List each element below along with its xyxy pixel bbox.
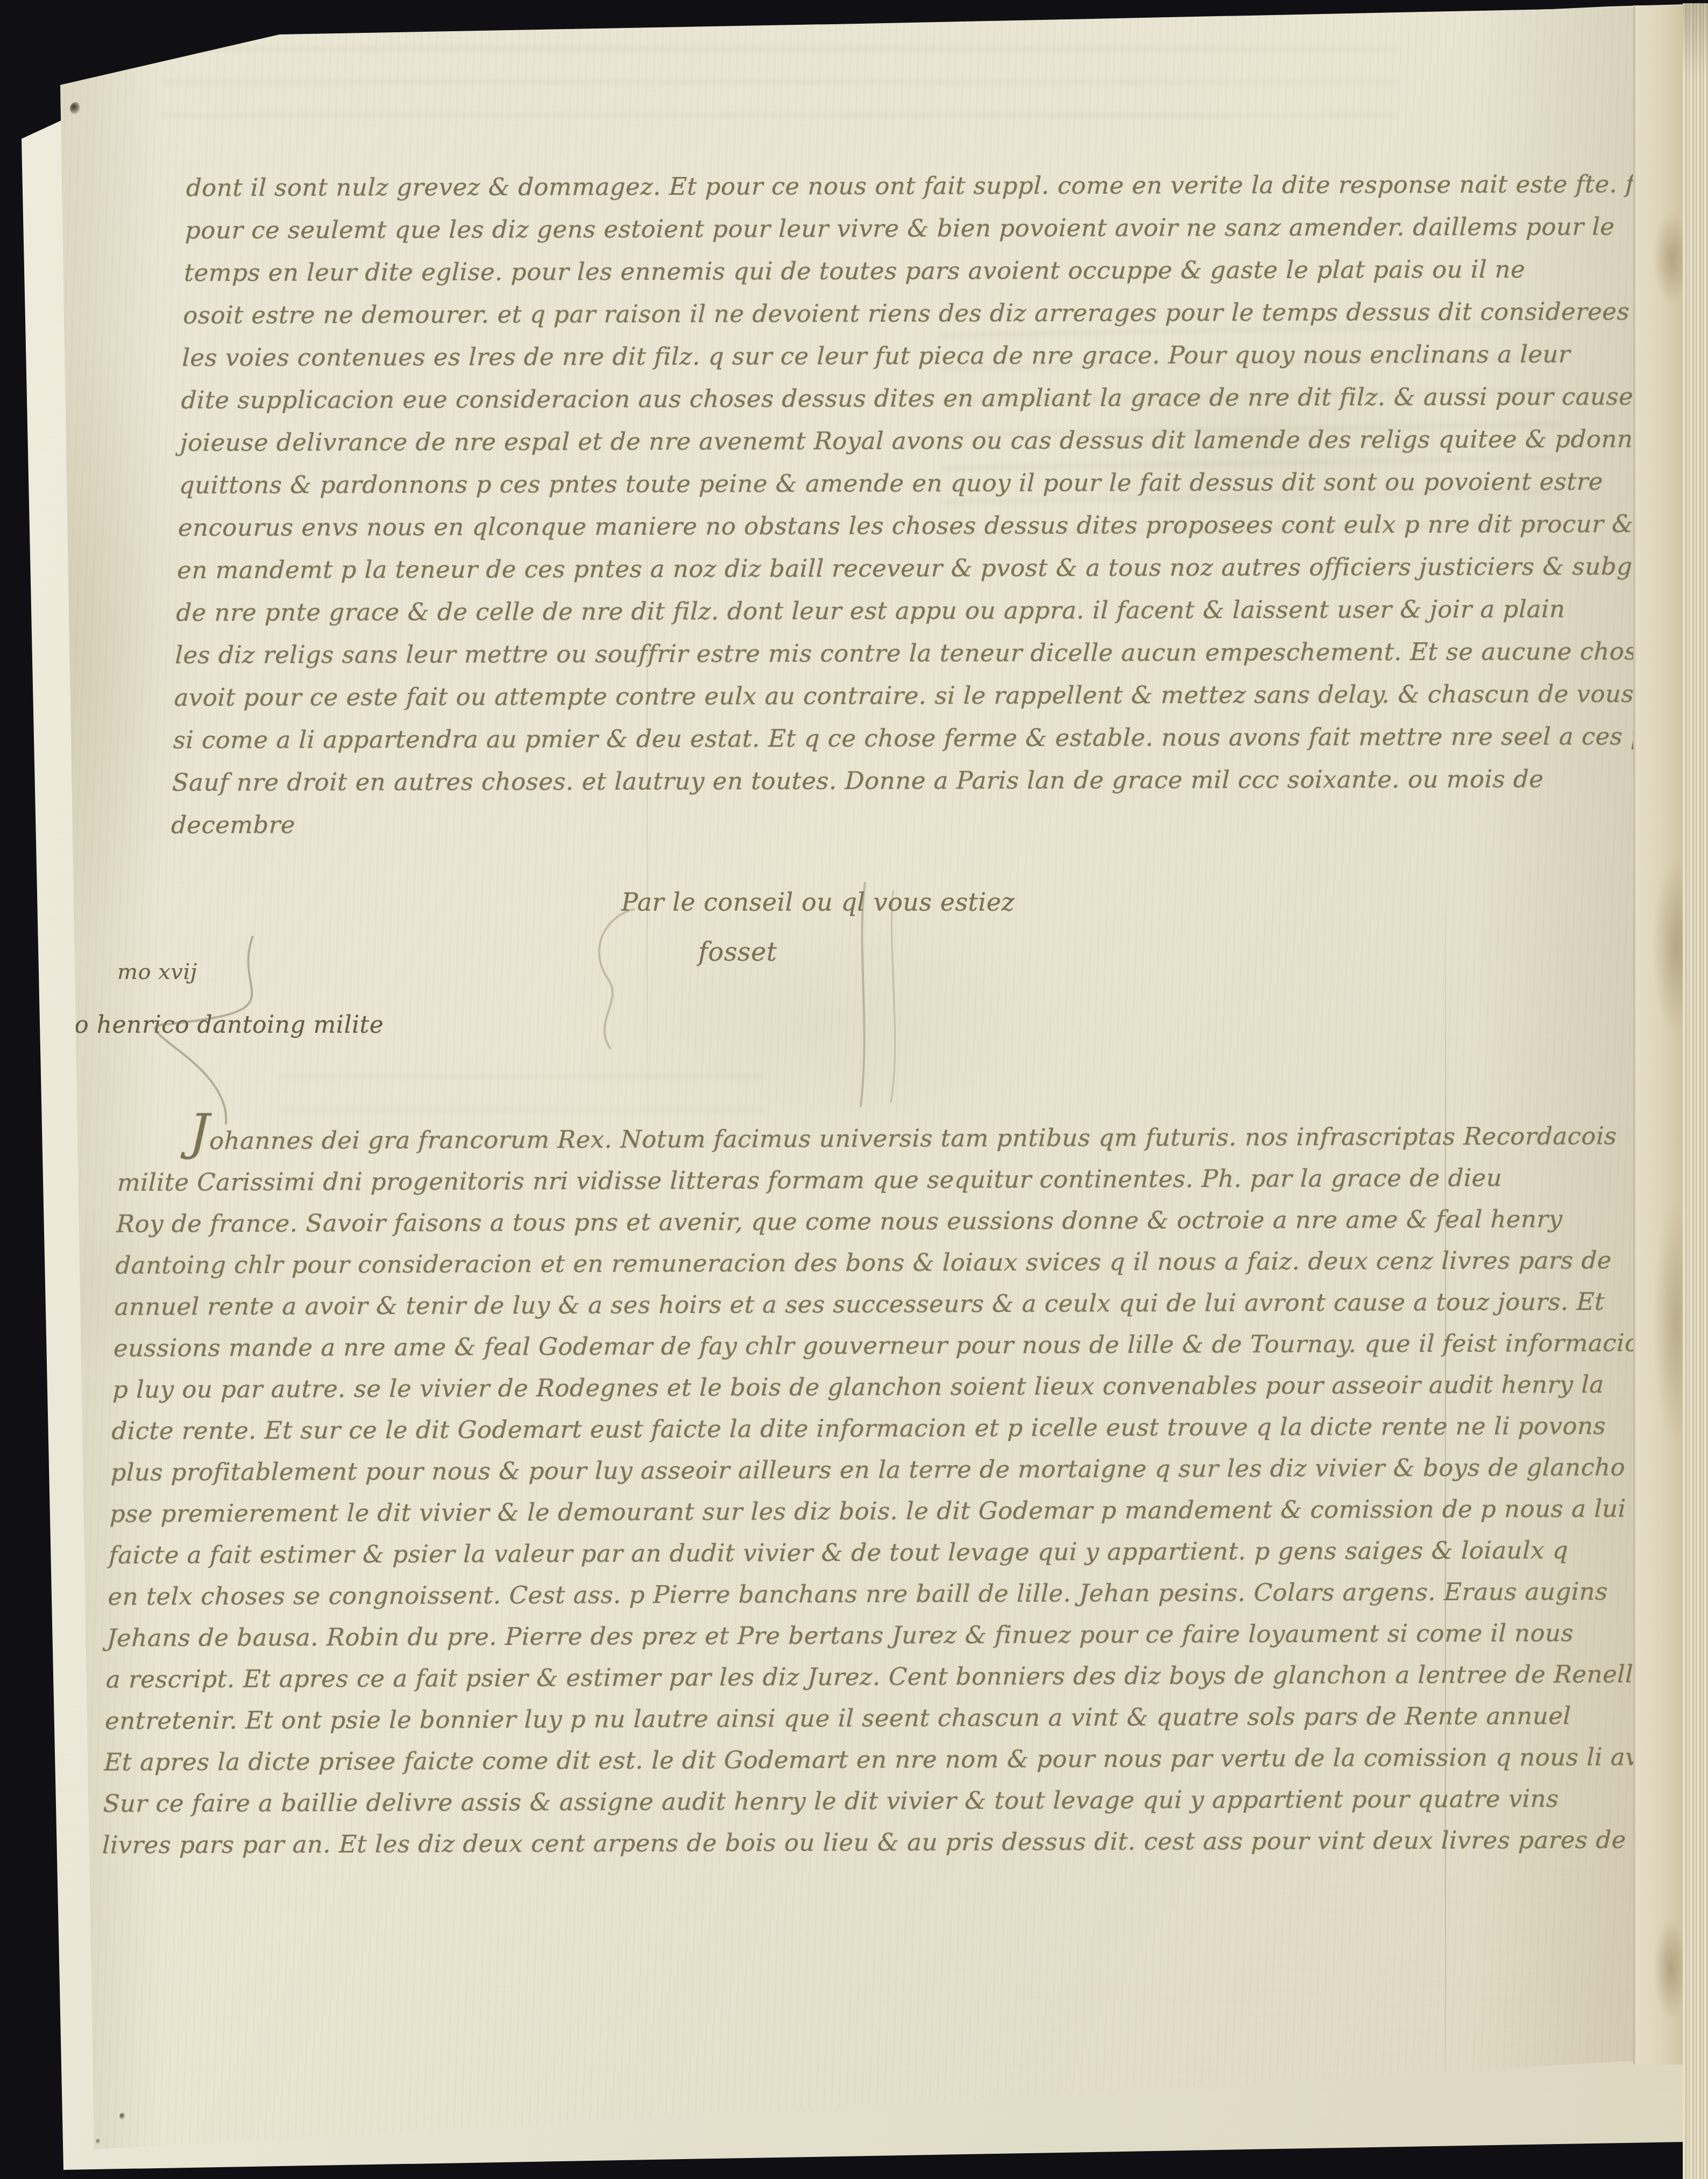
text-line: encourus envs nous en qlconque maniere n… [178,502,1626,549]
ink-speck [96,2139,100,2143]
text-line: milite Carissimi dni progenitoris nri vi… [117,1156,1635,1203]
text-line: entretenir. Et ont psie le bonnier luy p… [104,1695,1622,1742]
margin-note-number: mo xvij [117,960,197,984]
text-line: annuel rente a avoir & tenir de luy & a … [114,1281,1632,1328]
clerk-signature: fosset [698,937,777,967]
text-line: osoit estre ne demourer. et q par raison… [182,290,1631,336]
margin-note-rubric: pro henrico dantoing milite [47,1011,384,1039]
text-line: Roy de france. Savoir faisons a tous pns… [116,1198,1634,1245]
text-line: pour ce seulemt que les diz gens estoien… [185,205,1633,251]
text-line: dont il sont nulz grevez & dommagez. Et … [186,162,1634,209]
text-line: de nre pnte grace & de celle de nre dit … [175,587,1624,634]
text-line: Johannes dei gra francorum Rex. Notum fa… [118,1106,1636,1162]
text-line: joieuse delivrance de nre espal et de nr… [180,417,1628,464]
ink-showthrough [161,22,1399,118]
charter-text-block-2: Johannes dei gra francorum Rex. Notum fa… [102,1106,1636,1866]
text-line: decembre [171,800,1619,847]
text-line: livres pars par an. Et les diz deux cent… [102,1819,1620,1866]
text-line: avoit pour ce este fait ou attempte cont… [174,672,1622,719]
ink-speck [119,2113,125,2119]
chancery-subscription: Par le conseil ou ql vous estiez [621,888,1015,917]
text-line: Sauf nre droit en autres choses. et laut… [172,758,1620,804]
text-line: les diz religs sans leur mettre ou souff… [175,630,1623,676]
text-line: p luy ou par autre. se le vivier de Rode… [112,1364,1630,1410]
charter-text-block-1: dont il sont nulz grevez & dommagez. Et … [171,162,1634,846]
parchment-page: dont il sont nulz grevez & dommagez. Et … [0,0,1708,2179]
text-line: plus profitablement pour nous & pour luy… [110,1446,1628,1493]
text-line: les voies contenues es lres de nre dit f… [182,332,1630,379]
stained-fore-edge [1633,5,1685,2064]
manuscript-photo: dont il sont nulz grevez & dommagez. Et … [0,0,1708,2179]
text-line: eussions mande a nre ame & feal Godemar … [113,1322,1631,1369]
text-line: quittons & pardonnons p ces pntes toute … [179,460,1627,506]
text-line: faicte a fait estimer & psier la valeur … [108,1529,1626,1576]
text-line: en mandemt p la teneur de ces pntes a no… [176,545,1625,591]
text-line: dantoing chlr pour consideracion et en r… [115,1239,1633,1286]
text-line: Et apres la dicte prisee faicte come dit… [104,1736,1622,1783]
text-line: a rescript. Et apres ce a fait psier & e… [105,1653,1624,1700]
text-line: en telx choses se congnoissent. Cest ass… [108,1571,1626,1617]
book-page-stack-edge [1683,3,1708,2179]
text-line: Sur ce faire a baillie delivre assis & a… [103,1778,1621,1825]
text-line: si come a li appartendra au pmier & deu … [173,715,1621,762]
text-line: dicte rente. Et sur ce le dit Godemart e… [111,1405,1629,1452]
text-line: temps en leur dite eglise. pour les enne… [183,247,1632,294]
text-line: dite supplicacion eue consideracion aus … [181,375,1629,421]
text-line: Jehans de bausa. Robin du pre. Pierre de… [107,1612,1625,1659]
ink-blot [70,102,80,114]
text-line: pse premierement le dit vivier & le demo… [109,1488,1627,1535]
